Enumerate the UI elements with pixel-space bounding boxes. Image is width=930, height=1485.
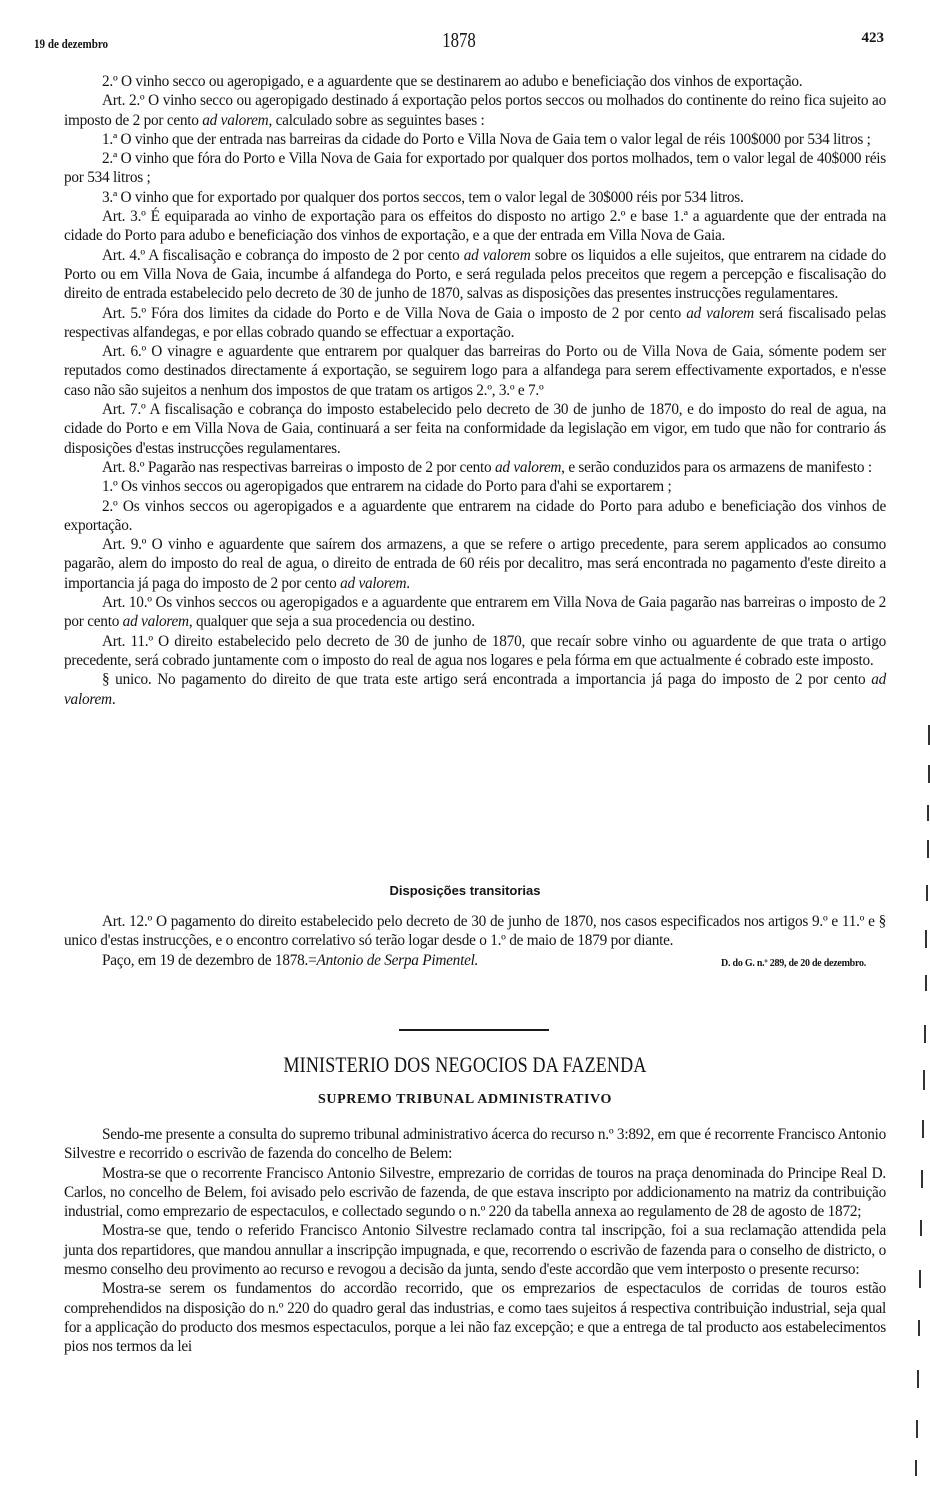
paragraph: 2.ª O vinho que fóra do Porto e Villa No… [64,149,886,188]
scan-edge-mark [928,765,930,783]
paragraph: Mostra-se serem os fundamentos do accord… [64,1279,886,1356]
paragraph: Art. 12.º O pagamento do direito estabel… [64,912,886,951]
paragraph: § unico. No pagamento do direito de que … [64,670,886,709]
paragraph: 1.º Os vinhos seccos ou ageropigados que… [64,477,886,496]
paragraph: Art. 10.º Os vinhos seccos ou ageropigad… [64,593,886,632]
signature-place-date: Paço, em 19 de dezembro de 1878.= [102,952,316,969]
paragraph: Art. 5.º Fóra dos limites da cidade do P… [64,304,886,343]
paragraph: 1.ª O vinho que der entrada nas barreira… [64,130,886,149]
paragraph: 2.º Os vinhos seccos ou ageropigados e a… [64,497,886,536]
scan-edge-mark [926,885,928,901]
paragraph: Art. 4.º A fiscalisação e cobrança do im… [64,246,886,304]
transitional-heading: Disposições transitorias [0,883,930,898]
page-header: 19 de dezembro 1878 423 [34,28,884,58]
header-year: 1878 [442,28,476,53]
transitional-provisions: Art. 12.º O pagamento do direito estabel… [64,912,886,970]
paragraph: Art. 9.º O vinho e aguardente que saírem… [64,535,886,593]
paragraph: Art. 2.º O vinho secco ou ageropigado de… [64,91,886,130]
scan-edge-mark [924,1025,926,1043]
paragraph: Sendo-me presente a consulta do supremo … [64,1125,886,1164]
paragraph: Mostra-se que, tendo o referido Francisc… [64,1221,886,1279]
paragraph: Art. 6.º O vinagre e aguardente que entr… [64,342,886,400]
scan-edge-mark [927,805,929,821]
section-divider [399,1029,549,1031]
paragraph: 3.ª O vinho que for exportado por qualqu… [64,188,886,207]
paragraph: Art. 11.º O direito estabelecido pelo de… [64,632,886,671]
scan-edge-mark [928,725,930,745]
scan-edge-mark [915,1460,917,1476]
tribunal-subtitle: SUPREMO TRIBUNAL ADMINISTRATIVO [0,1092,930,1108]
scan-edge-mark [917,1370,919,1388]
paragraph: Mostra-se que o recorrente Francisco Ant… [64,1164,886,1222]
paragraph: 2.º O vinho secco ou ageropigado, e a ag… [64,72,886,91]
scan-edge-mark [920,1220,922,1236]
scan-edge-mark [925,930,927,948]
scan-edge-mark [921,1170,923,1188]
paragraph: Art. 3.º É equiparada ao vinho de export… [64,207,886,246]
tribunal-text: Sendo-me presente a consulta do supremo … [64,1125,886,1357]
header-date: 19 de dezembro [34,36,108,52]
ministry-title: MINISTERIO DOS NEGOCIOS DA FAZENDA [84,1052,847,1078]
scan-edge-mark [919,1270,921,1288]
scan-edge-mark [927,840,929,858]
scan-edge-mark [922,1120,924,1138]
signature-name: Antonio de Serpa Pimentel. [316,952,478,969]
paragraph: Art. 7.º A fiscalisação e cobrança do im… [64,400,886,458]
scan-edge-mark [916,1420,918,1438]
scan-edge-mark [918,1320,920,1336]
scan-edge-mark [925,975,927,991]
signature-line: Paço, em 19 de dezembro de 1878.=Antonio… [64,951,886,970]
paragraph: Art. 8.º Pagarão nas respectivas barreir… [64,458,886,477]
source-reference: D. do G. n.º 289, de 20 de dezembro. [683,954,866,973]
page-number: 423 [862,30,885,47]
document-page: 19 de dezembro 1878 423 2.º O vinho secc… [0,0,930,1485]
scan-edge-mark [923,1070,925,1090]
decree-articles: 2.º O vinho secco ou ageropigado, e a ag… [64,72,886,709]
